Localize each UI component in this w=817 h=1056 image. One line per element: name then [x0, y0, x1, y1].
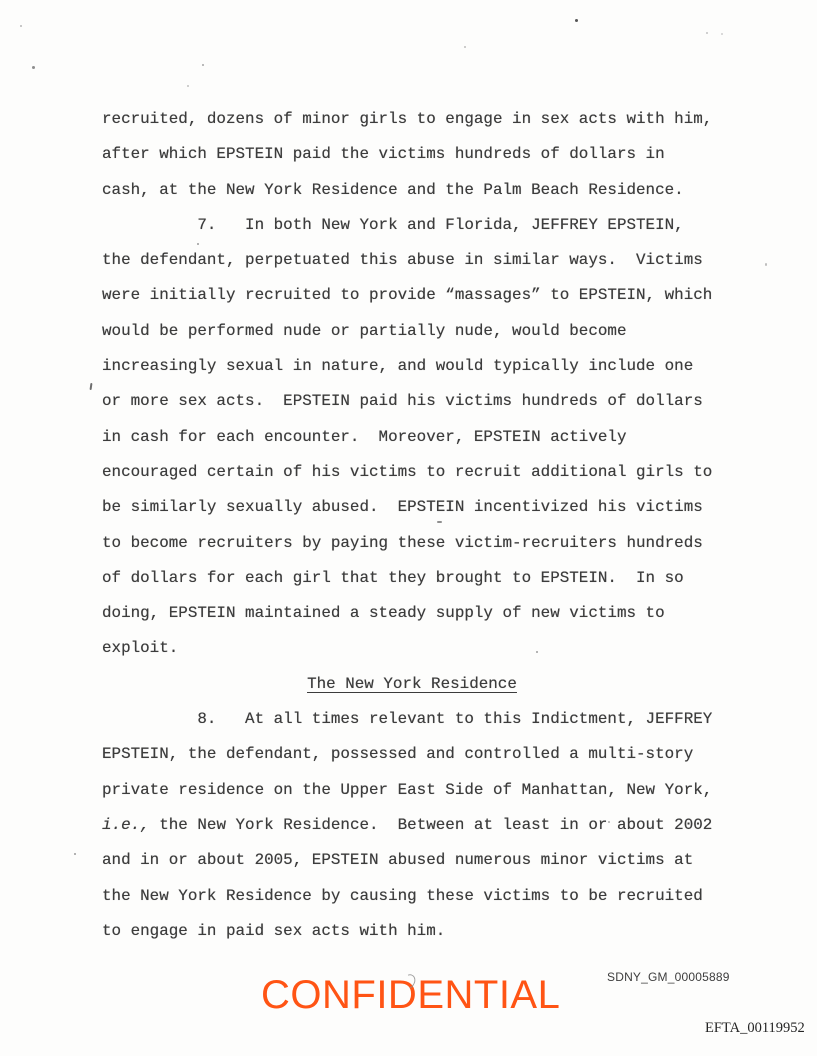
text-line: and in or about 2005, EPSTEIN abused num…	[102, 843, 722, 878]
document-text: recruited, dozens of minor girls to enga…	[102, 102, 722, 949]
scan-speck	[706, 32, 708, 34]
scan-speck	[765, 263, 767, 266]
text-line: private residence on the Upper East Side…	[102, 773, 722, 808]
text-line: after which EPSTEIN paid the victims hun…	[102, 137, 722, 172]
text-line: of dollars for each girl that they broug…	[102, 561, 722, 596]
scanned-page: recruited, dozens of minor girls to enga…	[0, 0, 817, 1056]
text-line: be similarly sexually abused. EPSTEIN in…	[102, 490, 722, 525]
text-line: to engage in paid sex acts with him.	[102, 914, 722, 949]
text-line: 8. At all times relevant to this Indictm…	[102, 702, 722, 737]
scan-speck	[32, 66, 35, 69]
scan-speck	[74, 853, 76, 855]
scan-speck	[721, 33, 723, 35]
text-line: were initially recruited to provide “mas…	[102, 278, 722, 313]
scan-speck	[464, 46, 466, 48]
bates-number-top: SDNY_GM_00005889	[607, 970, 730, 984]
text-line: in cash for each encounter. Moreover, EP…	[102, 420, 722, 455]
text-line: would be performed nude or partially nud…	[102, 314, 722, 349]
bates-number-bottom: EFTA_00119952	[705, 1020, 805, 1037]
scan-speck	[202, 64, 204, 66]
text-line: to become recruiters by paying these vic…	[102, 526, 722, 561]
scan-speck	[20, 25, 22, 27]
scan-speck	[575, 19, 578, 22]
text-line: i.e., the New York Residence. Between at…	[102, 808, 722, 843]
text-line: increasingly sexual in nature, and would…	[102, 349, 722, 384]
text-line: or more sex acts. EPSTEIN paid his victi…	[102, 384, 722, 419]
text-line: 7. In both New York and Florida, JEFFREY…	[102, 208, 722, 243]
text-line: EPSTEIN, the defendant, possessed and co…	[102, 737, 722, 772]
text-line: exploit.	[102, 631, 722, 666]
text-line: recruited, dozens of minor girls to enga…	[102, 102, 722, 137]
text-line: doing, EPSTEIN maintained a steady suppl…	[102, 596, 722, 631]
text-line: the New York Residence by causing these …	[102, 879, 722, 914]
section-heading: The New York Residence	[102, 667, 722, 702]
scan-speck	[187, 85, 189, 87]
scan-speck	[90, 383, 93, 390]
text-line: cash, at the New York Residence and the …	[102, 173, 722, 208]
text-line: the defendant, perpetuated this abuse in…	[102, 243, 722, 278]
text-line: encouraged certain of his victims to rec…	[102, 455, 722, 490]
